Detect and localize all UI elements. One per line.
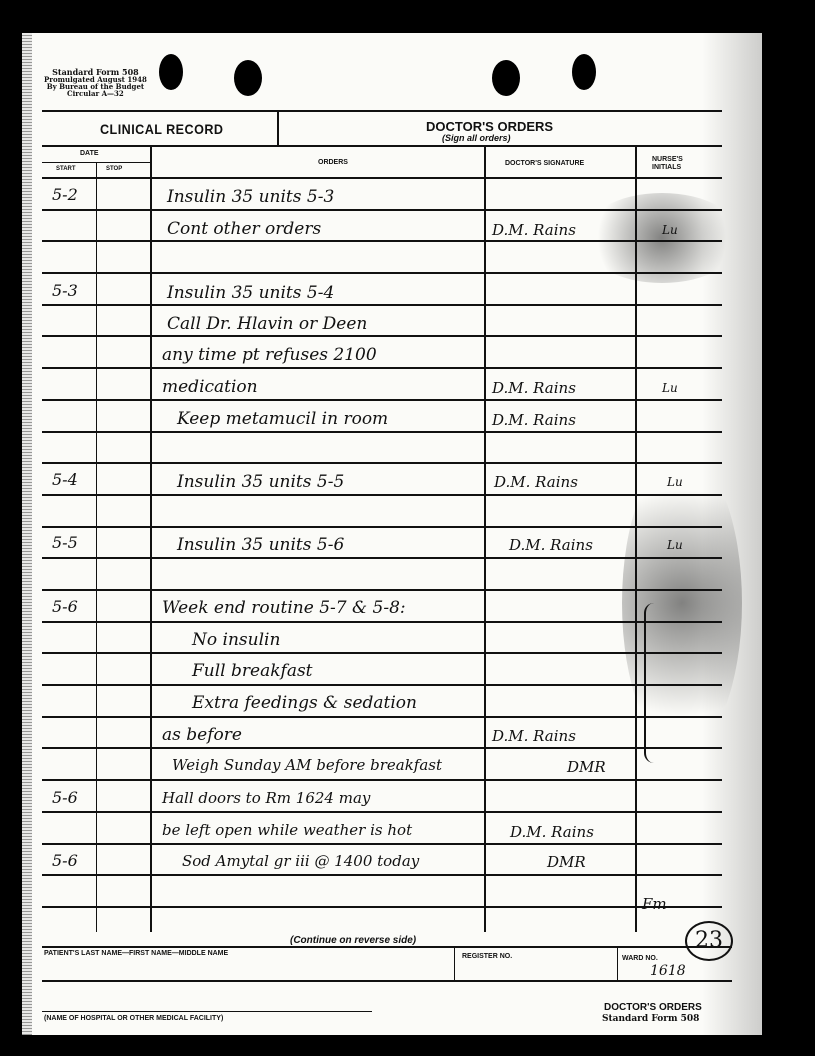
rule: [42, 240, 722, 242]
rule: [42, 462, 722, 464]
start-header: START: [56, 166, 76, 172]
ward-number-label: WARD NO.: [622, 955, 658, 962]
order-text: Call Dr. Hlavin or Deen: [167, 314, 367, 334]
order-text: Insulin 35 units 5-4: [167, 283, 334, 303]
order-text: Keep metamucil in room: [177, 409, 388, 429]
doctor-signature: D.M. Rains: [494, 473, 578, 491]
punch-hole: [492, 60, 520, 96]
order-text: any time pt refuses 2100: [162, 345, 377, 365]
rule: [42, 494, 722, 496]
order-text: Sod Amytal gr iii @ 1400 today: [182, 852, 419, 870]
rule: [42, 716, 722, 718]
order-text: Full breakfast: [192, 661, 313, 681]
doctors-orders-title: DOCTOR'S ORDERS: [426, 119, 553, 134]
rule: [42, 874, 722, 876]
rule: [42, 621, 722, 623]
rule: [150, 145, 152, 932]
date-header: DATE: [80, 150, 99, 157]
sign-all-orders-note: (Sign all orders): [442, 133, 511, 143]
scan-smudge: [582, 193, 742, 283]
rule: [42, 272, 722, 274]
scan-smudge: [622, 453, 742, 753]
patient-name-label: PATIENT'S LAST NAME—FIRST NAME—MIDDLE NA…: [44, 950, 228, 957]
rule: [635, 145, 637, 932]
nurse-initials: Lu: [662, 381, 678, 395]
start-date: 5-4: [52, 470, 78, 489]
clinical-record-page: Standard Form 508 Promulgated August 194…: [22, 33, 762, 1035]
rule: [42, 906, 722, 908]
order-text: be left open while weather is hot: [162, 821, 412, 839]
nurse-initials: Fm: [642, 895, 667, 913]
order-text: Insulin 35 units 5-5: [177, 472, 344, 492]
order-text: No insulin: [192, 630, 280, 650]
order-text: Weigh Sunday AM before breakfast: [172, 756, 442, 774]
start-date: 5-5: [52, 533, 78, 552]
rule: [42, 526, 722, 528]
doctor-signature: D.M. Rains: [492, 727, 576, 745]
order-text: Cont other orders: [167, 219, 321, 239]
punch-hole: [159, 54, 183, 90]
rule: [42, 177, 722, 179]
rule: [617, 946, 618, 980]
rule: [42, 946, 732, 948]
hospital-name-label: (NAME OF HOSPITAL OR OTHER MEDICAL FACIL…: [44, 1015, 223, 1022]
signature-header: DOCTOR'S SIGNATURE: [505, 160, 584, 167]
start-date: 5-3: [52, 281, 78, 300]
initials-header-2: INITIALS: [652, 164, 681, 171]
rule: [42, 779, 722, 781]
register-number-label: REGISTER NO.: [462, 953, 512, 960]
initials-header-1: NURSE'S: [652, 156, 683, 163]
order-text: as before: [162, 725, 242, 745]
rule: [42, 980, 732, 982]
form-footer-title: DOCTOR'S ORDERS: [604, 1002, 702, 1013]
rule: [42, 652, 722, 654]
nurse-initials: Lu: [667, 475, 683, 489]
rule: [42, 399, 722, 401]
rule: [42, 811, 722, 813]
rule: [42, 304, 722, 306]
form-identifier: Standard Form 508 Promulgated August 194…: [44, 68, 147, 97]
continue-note: (Continue on reverse side): [290, 935, 416, 946]
rule: [277, 110, 279, 146]
doctor-signature: D.M. Rains: [492, 221, 576, 239]
doctor-signature: D.M. Rains: [492, 411, 576, 429]
rule: [42, 843, 722, 845]
doctor-signature: D.M. Rains: [492, 379, 576, 397]
rule: [454, 946, 455, 980]
rule: [42, 209, 722, 211]
rule: [42, 367, 722, 369]
punch-hole: [572, 54, 596, 90]
rule: [42, 335, 722, 337]
page-number-circled: 23: [685, 921, 733, 961]
order-text: Insulin 35 units 5-3: [167, 187, 334, 207]
clinical-record-title: CLINICAL RECORD: [100, 121, 223, 137]
stop-header: STOP: [106, 166, 122, 172]
order-text: Week end routine 5-7 & 5-8:: [162, 598, 406, 618]
nurse-initials: Lu: [662, 223, 678, 237]
doctor-signature: DMR: [547, 853, 586, 871]
rule: [42, 1011, 372, 1012]
start-date: 5-6: [52, 788, 78, 807]
start-date: 5-2: [52, 185, 78, 204]
order-text: Insulin 35 units 5-6: [177, 535, 344, 555]
order-text: Hall doors to Rm 1624 may: [162, 789, 370, 807]
nurse-bracket-mark: [644, 603, 656, 763]
rule: [42, 684, 722, 686]
form-footer-number: Standard Form 508: [602, 1014, 699, 1024]
order-text: Extra feedings & sedation: [192, 693, 417, 713]
form-id-line: Circular A—32: [44, 90, 147, 97]
scan-edge-noise: [22, 33, 32, 1035]
rule: [42, 747, 722, 749]
rule: [42, 589, 722, 591]
order-text: medication: [162, 377, 258, 397]
ward-number-value: 1618: [650, 963, 686, 979]
rule: [484, 145, 486, 932]
doctor-signature: D.M. Rains: [510, 823, 594, 841]
rule: [96, 162, 97, 932]
rule: [42, 145, 722, 147]
start-date: 5-6: [52, 597, 78, 616]
nurse-initials: Lu: [667, 538, 683, 552]
doctor-signature: DMR: [567, 758, 606, 776]
orders-header: ORDERS: [318, 159, 348, 166]
doctor-signature: D.M. Rains: [509, 536, 593, 554]
rule: [42, 110, 722, 112]
start-date: 5-6: [52, 851, 78, 870]
rule: [42, 557, 722, 559]
rule: [42, 431, 722, 433]
punch-hole: [234, 60, 262, 96]
